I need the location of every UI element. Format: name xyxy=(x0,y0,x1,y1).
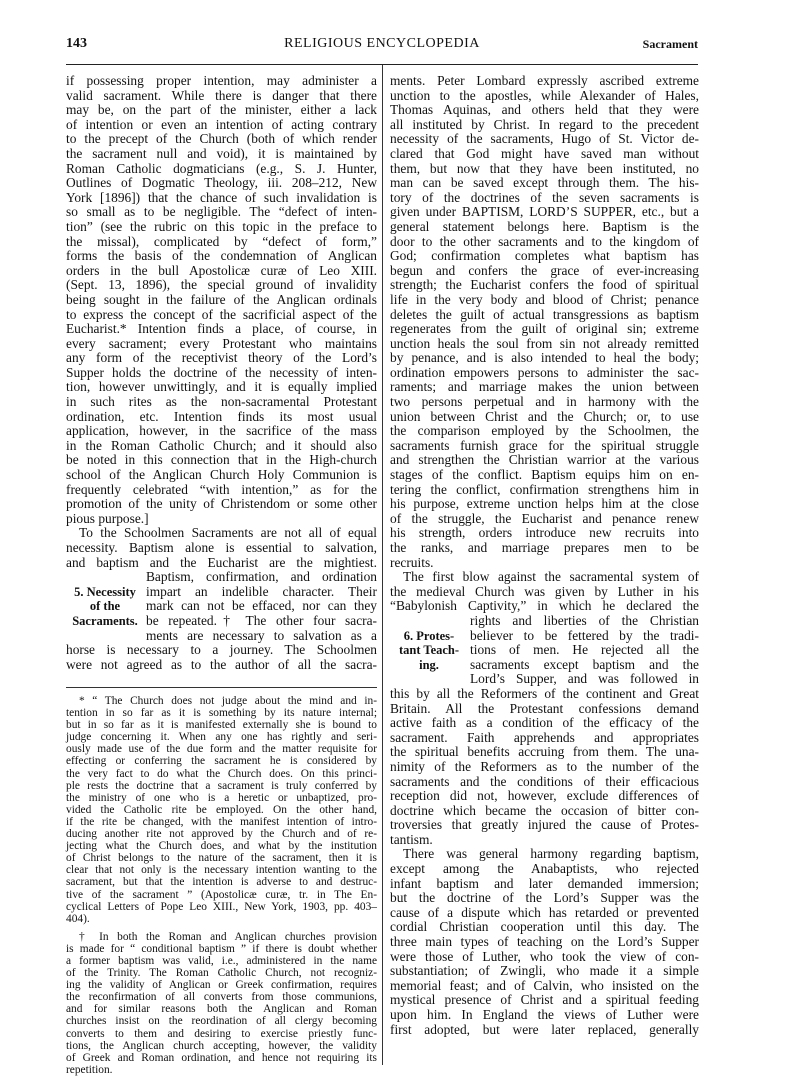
text-line: infant baptism and later demanded immers… xyxy=(390,877,699,892)
text-line: may be, on the part of the minister, eit… xyxy=(66,103,377,118)
text-line: of Greek and Roman ordination, and hence… xyxy=(66,1052,377,1064)
footnotes: * “ The Church does not judge about the … xyxy=(66,695,377,1076)
side-heading-line: 6. Protes- xyxy=(390,629,468,644)
text-line: were not agreed as to the author of all … xyxy=(66,658,377,673)
text-line: Eucharist.* Intention finds a place, of … xyxy=(66,322,377,337)
text-line: the missal), complicated by “defect of f… xyxy=(66,235,377,250)
text-line: his purpose, extreme unction helps him a… xyxy=(390,497,699,512)
footnote-dagger: † In both the Roman and Anglican churche… xyxy=(66,931,377,1076)
text-line: pious purpose.] xyxy=(66,512,377,527)
text-line: and baptism and the Eucharist are the mi… xyxy=(66,556,377,571)
text-line: sacraments furnish grace for the spiritu… xyxy=(390,439,699,454)
side-heading-line: tant Teach- xyxy=(390,643,468,658)
text-line: memorial feast; and of Calvin, who insis… xyxy=(390,979,699,994)
encyclopedia-page: 143 RELIGIOUS ENCYCLOPEDIA Sacrament if … xyxy=(0,0,800,1088)
text-line: Baptism, confirmation, and ordination xyxy=(146,570,377,585)
text-line: the reconfirmation of all converts from … xyxy=(66,991,377,1003)
side-heading-necessity: 5. Necessityof theSacraments. xyxy=(66,585,144,629)
text-line: jecting what the Church does, and what b… xyxy=(66,840,377,852)
text-line: unction heals the soul from sin not alre… xyxy=(390,337,699,352)
text-line: except among the Anabaptists, who reject… xyxy=(390,862,699,877)
text-line: ments. Peter Lombard expressly ascribed … xyxy=(390,74,699,89)
text-line: of Christ belongs to the nature of the s… xyxy=(66,852,377,864)
text-line: tions, the Anglican church accepting, ho… xyxy=(66,1040,377,1052)
paragraph-luther-intro: The first blow against the sacramental s… xyxy=(390,570,699,614)
text-line: of the struggle, the Eucharist and penan… xyxy=(390,512,699,527)
text-line: Roman Catholic dogmaticians (e.g., S. J.… xyxy=(66,162,377,177)
text-line: door to the other sacraments and to the … xyxy=(390,235,699,250)
text-line: necessity. Baptism alone is essential to… xyxy=(66,541,377,556)
right-column: ments. Peter Lombard expressly ascribed … xyxy=(390,74,699,1037)
text-line: clear that not only is the necessary int… xyxy=(66,864,377,876)
text-line: the ministry of one who is a heretic or … xyxy=(66,792,377,804)
text-line: and strengthen the Christian warrior at … xyxy=(390,453,699,468)
text-line: judge concerning it. When any one has ri… xyxy=(66,731,377,743)
text-line: were those of Luther, who took the view … xyxy=(390,950,699,965)
text-line: ducing another rite not approved by the … xyxy=(66,828,377,840)
text-line: mark can not be effaced, nor can they xyxy=(146,599,377,614)
text-line: impart an indelible character. Their xyxy=(146,585,377,600)
text-line: There was general harmony regarding bapt… xyxy=(390,847,699,862)
running-headword: Sacrament xyxy=(643,37,698,52)
side-heading-line: 5. Necessity xyxy=(66,585,144,600)
text-line: Thomas Aquinas, and others held that the… xyxy=(390,103,699,118)
text-line: them, but now that they have been instit… xyxy=(390,162,699,177)
text-line: God; confirmation completes what baptism… xyxy=(390,249,699,264)
text-line: Supper holds the doctrine of the necessi… xyxy=(66,366,377,381)
text-line: rights and liberties of the Christian xyxy=(470,614,699,629)
text-line: his strength, orders introduce new recru… xyxy=(390,526,699,541)
text-line: horse is necessary to a journey. The Sch… xyxy=(66,643,377,658)
text-line: 404). xyxy=(66,913,377,925)
text-line: sacraments except baptism and the xyxy=(470,658,699,673)
footnote-rule xyxy=(66,687,377,688)
side-heading-protestant: 6. Protes-tant Teach-ing. xyxy=(390,629,468,673)
text-line: necessity of the sacraments, Hugo of St.… xyxy=(390,132,699,147)
text-line: to express the concept of the sacrificia… xyxy=(66,308,377,323)
text-line: first adopted, but were later replaced, … xyxy=(390,1023,699,1038)
text-line: strength; the Eucharist confers the food… xyxy=(390,278,699,293)
text-line: active faith as a condition of the effic… xyxy=(390,716,699,731)
text-line: ments are necessary to salvation as a xyxy=(146,629,377,644)
text-line: mystical presence of Christ and a spirit… xyxy=(390,993,699,1008)
text-line: upon him. In England the views of Luther… xyxy=(390,1008,699,1023)
text-line: regenerates from the guilt of original s… xyxy=(390,322,699,337)
text-line: be noted in this connection that in the … xyxy=(66,453,377,468)
text-line: believer to be fettered by the tradi- xyxy=(470,629,699,644)
text-line: unction to the apostles, while Alexander… xyxy=(390,89,699,104)
text-line: Lord’s Supper, and was followed in xyxy=(470,672,699,687)
text-line: deletes the guilt of actual transgressio… xyxy=(390,308,699,323)
text-line: if the rite be changed, with the manifes… xyxy=(66,816,377,828)
text-line: the ranks, and marriage prepares men to … xyxy=(390,541,699,556)
text-line: school of the Anglican Church Holy Commu… xyxy=(66,468,377,483)
text-line: given under BAPTISM, LORD’S SUPPER, etc.… xyxy=(390,205,699,220)
running-title: RELIGIOUS ENCYCLOPEDIA xyxy=(66,36,698,52)
text-line: in such rites as the non-sacramental Pro… xyxy=(66,395,377,410)
section-6-protestant-teaching: 6. Protes-tant Teach-ing. rights and lib… xyxy=(390,614,699,687)
text-line: Outlines of Dogmatic Theology, iii. 208–… xyxy=(66,176,377,191)
text-line: the very fact to do what the Church does… xyxy=(66,768,377,780)
text-line: and for similar reasons both the Anglica… xyxy=(66,1003,377,1015)
text-line: any form of the receptivist theory of th… xyxy=(66,351,377,366)
text-line: “Babylonish Captivity,” in which he decl… xyxy=(390,599,699,614)
left-column: if possessing proper intention, may admi… xyxy=(66,74,377,672)
text-line: nimity of the Reformers as to the number… xyxy=(390,760,699,775)
side-heading-line: ing. xyxy=(390,658,468,673)
text-line: general statement belongs here. Baptism … xyxy=(390,220,699,235)
text-line: sacrament. Faith apprehends and appropri… xyxy=(390,731,699,746)
text-line: recruits. xyxy=(390,556,699,571)
text-line: troversies that greatly injured the caus… xyxy=(390,818,699,833)
text-line: the spiritual benefits accruing from the… xyxy=(390,745,699,760)
text-line: stages of the conflict. Baptism equips h… xyxy=(390,468,699,483)
text-line: but the doctrine of the Lord’s Supper wa… xyxy=(390,891,699,906)
text-line: converts to them and desiring to exercis… xyxy=(66,1028,377,1040)
footnote-asterisk: * “ The Church does not judge about the … xyxy=(66,695,377,925)
text-line: (Sept. 13, 1896), the special ground of … xyxy=(66,278,377,293)
text-line: begun and confers the grace of ever-incr… xyxy=(390,264,699,279)
text-line: of intention or even an intention of act… xyxy=(66,118,377,133)
text-line: tion” (see the rubric on this topic in t… xyxy=(66,220,377,235)
text-line: Britain. All the Protestant confessions … xyxy=(390,702,699,717)
text-line: vided the Catholic rite be employed. On … xyxy=(66,804,377,816)
text-line: in the Roman Catholic Church; and it sho… xyxy=(66,439,377,454)
text-line: three main types of teaching on the Lord… xyxy=(390,935,699,950)
text-line: the comparison employed by the Schoolmen… xyxy=(390,424,699,439)
text-line: clared that God might have saved man wit… xyxy=(390,147,699,162)
paragraph-institution: ments. Peter Lombard expressly ascribed … xyxy=(390,74,699,570)
text-line: tions of men. He rejected all the xyxy=(470,643,699,658)
text-line: the sacrament null and void), it is main… xyxy=(66,147,377,162)
text-line: being sought in the failure of the Angli… xyxy=(66,293,377,308)
text-line: doctrine which became the occasion of bi… xyxy=(390,804,699,819)
text-line: frequently celebrated “with intention,” … xyxy=(66,483,377,498)
text-line: churches insist on the reordination of a… xyxy=(66,1015,377,1027)
text-line: tory of the doctrines of the seven sacra… xyxy=(390,191,699,206)
text-line: two persons perpetual and in harmony wit… xyxy=(390,395,699,410)
text-line: this by all the Reformers of the contine… xyxy=(390,687,699,702)
text-line: raments; and marriage makes the union be… xyxy=(390,380,699,395)
text-line: but in so far as it is manifested extern… xyxy=(66,719,377,731)
text-line: reception did not, however, exclude diff… xyxy=(390,789,699,804)
section-5-necessity: 5. Necessityof theSacraments. Baptism, c… xyxy=(66,570,377,643)
text-line: cyclical Letters of Pope Leo XIII., New … xyxy=(66,901,377,913)
text-line: of the Trinity. The Roman Catholic Churc… xyxy=(66,967,377,979)
paragraph-harmony: There was general harmony regarding bapt… xyxy=(390,847,699,1037)
text-line: ordination empowers persons to administe… xyxy=(390,366,699,381)
text-line: if possessing proper intention, may admi… xyxy=(66,74,377,89)
page-header: 143 RELIGIOUS ENCYCLOPEDIA Sacrament xyxy=(66,36,698,58)
text-line: * “ The Church does not judge about the … xyxy=(66,695,377,707)
text-line: tion, however unwittingly, and it is equ… xyxy=(66,380,377,395)
text-line: cordial Christian cooperation until this… xyxy=(390,920,699,935)
text-line: ple rests the doctrine that a sacrament … xyxy=(66,780,377,792)
text-line: man can be saved except through them. Th… xyxy=(390,176,699,191)
text-line: forms the basis of the condemnation of A… xyxy=(66,249,377,264)
paragraph-schoolmen: To the Schoolmen Sacraments are not all … xyxy=(66,526,377,570)
text-line: every sacrament; every Protestant who ma… xyxy=(66,337,377,352)
text-line: York [1896]) that the chance of such inv… xyxy=(66,191,377,206)
text-line: sacrament, but that the intention is adv… xyxy=(66,876,377,888)
text-line: cause of a dispute which has retarded or… xyxy=(390,906,699,921)
text-line: tering the conflict, confirmation streng… xyxy=(390,483,699,498)
text-line: valid sacrament. While there is danger t… xyxy=(66,89,377,104)
text-line: orders in the bull Apostolicæ curæ of Le… xyxy=(66,264,377,279)
text-line: promotion of the unity of Christendom or… xyxy=(66,497,377,512)
text-line: effecting or conferring the sacrament he… xyxy=(66,755,377,767)
text-line: † In both the Roman and Anglican churche… xyxy=(66,931,377,943)
text-line: be repeated.† The other four sacra- xyxy=(146,614,377,629)
text-line: tantism. xyxy=(390,833,699,848)
text-line: life in the very body and blood of Chris… xyxy=(390,293,699,308)
text-line: so small as to be negligible. The “defec… xyxy=(66,205,377,220)
text-line: ing the validity of Anglican or Greek co… xyxy=(66,979,377,991)
text-line: union between Christ and the Church; or,… xyxy=(390,410,699,425)
text-line: The first blow against the sacramental s… xyxy=(390,570,699,585)
text-line: a former baptism was valid, i.e., admini… xyxy=(66,955,377,967)
text-line: repetition. xyxy=(66,1064,377,1076)
text-line: to the precept of the Church (both of wh… xyxy=(66,132,377,147)
text-line: sacraments and the conditions of their e… xyxy=(390,775,699,790)
text-line: substantiation; of Zwingli, who made it … xyxy=(390,964,699,979)
text-line: tention in so far as it is something by … xyxy=(66,707,377,719)
text-line: the medieval Church was given by Luther … xyxy=(390,585,699,600)
column-divider xyxy=(382,65,383,1065)
text-line: by penance, and is also intended to heal… xyxy=(390,351,699,366)
text-line: ordination, etc. Intention finds its mos… xyxy=(66,410,377,425)
text-line: To the Schoolmen Sacraments are not all … xyxy=(66,526,377,541)
side-heading-line: Sacraments. xyxy=(66,614,144,629)
text-line: ously made use of the due form and the m… xyxy=(66,743,377,755)
text-line: all instituted by Christ. In regard to t… xyxy=(390,118,699,133)
text-line: tive of the sacrament ” (Apostolicæ curæ… xyxy=(66,889,377,901)
side-heading-line: of the xyxy=(66,599,144,614)
text-line: application, however, in the sacrifice o… xyxy=(66,424,377,439)
text-line: is made for “ conditional baptism ” if t… xyxy=(66,943,377,955)
paragraph-intention: if possessing proper intention, may admi… xyxy=(66,74,377,526)
